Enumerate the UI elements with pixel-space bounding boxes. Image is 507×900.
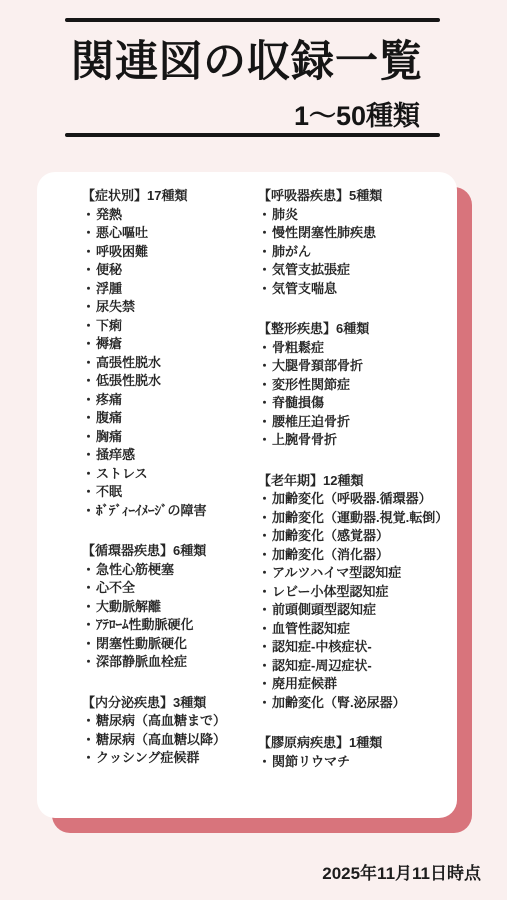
list-item: ・血管性認知症: [258, 620, 448, 639]
bullet-icon: ・: [258, 546, 271, 565]
list-item: ・加齢変化（呼吸器.循環器）: [258, 490, 448, 509]
list-item-label: 心不全: [96, 579, 135, 598]
bullet-icon: ・: [82, 354, 95, 373]
section-item-list: ・糖尿病（高血糖まで）・糖尿病（高血糖以降）・クッシング症候群: [82, 712, 258, 768]
bullet-icon: ・: [82, 635, 95, 654]
list-item: ・低張性脱水: [82, 372, 258, 391]
list-item: ・浮腫: [82, 280, 258, 299]
list-item: ・大腿骨頚部骨折: [258, 357, 448, 376]
list-item-label: 廃用症候群: [272, 675, 337, 694]
section-heading: 【循環器疾患】6種類: [82, 542, 258, 561]
bottom-divider-line: [65, 133, 440, 137]
list-item: ・発熱: [82, 206, 258, 225]
list-item: ・気管支喘息: [258, 280, 448, 299]
bullet-icon: ・: [258, 394, 271, 413]
list-item-label: 加齢変化（感覚器）: [272, 527, 389, 546]
section-heading: 【老年期】12種類: [258, 472, 448, 491]
list-item-label: 深部静脈血栓症: [96, 653, 187, 672]
list-item-label: 加齢変化（呼吸器.循環器）: [272, 490, 432, 509]
bullet-icon: ・: [82, 298, 95, 317]
bullet-icon: ・: [258, 280, 271, 299]
section-item-list: ・骨粗鬆症・大腿骨頚部骨折・変形性関節症・脊髄損傷・腰椎圧迫骨折・上腕骨骨折: [258, 339, 448, 450]
list-item: ・肺炎: [258, 206, 448, 225]
bullet-icon: ・: [82, 598, 95, 617]
list-item: ・加齢変化（運動器.視覚.転倒）: [258, 509, 448, 528]
list-item-label: 関節リウマチ: [272, 753, 350, 772]
bullet-icon: ・: [82, 465, 95, 484]
list-item-label: ﾎﾞﾃﾞｨｰｲﾒｰｼﾞの障害: [96, 502, 207, 521]
section-item-list: ・関節リウマチ: [258, 753, 448, 772]
as-of-date: 2025年11月11日時点: [322, 859, 481, 884]
list-item-label: 加齢変化（腎.泌尿器）: [272, 694, 406, 713]
bullet-icon: ・: [258, 638, 271, 657]
bullet-icon: ・: [82, 502, 95, 521]
list-item: ・心不全: [82, 579, 258, 598]
bullet-icon: ・: [82, 616, 95, 635]
list-item: ・糖尿病（高血糖まで）: [82, 712, 258, 731]
bullet-icon: ・: [258, 224, 271, 243]
list-item-label: 便秘: [96, 261, 122, 280]
title-block: 関連図の収録一覧 1〜50種類: [65, 0, 440, 140]
list-item: ・糖尿病（高血糖以降）: [82, 731, 258, 750]
list-item-label: 血管性認知症: [272, 620, 350, 639]
list-item-label: 腹痛: [96, 409, 122, 428]
list-item: ・認知症-周辺症状-: [258, 657, 448, 676]
section-item-list: ・肺炎・慢性閉塞性肺疾患・肺がん・気管支拡張症・気管支喘息: [258, 206, 448, 299]
section-heading: 【内分泌疾患】3種類: [82, 694, 258, 713]
bullet-icon: ・: [82, 280, 95, 299]
list-item-label: 高張性脱水: [96, 354, 161, 373]
list-item-label: 認知症-周辺症状-: [272, 657, 372, 676]
bullet-icon: ・: [82, 712, 95, 731]
column-left: 【症状別】17種類・発熱・悪心嘔吐・呼吸困難・便秘・浮腫・尿失禁・下痢・褥瘡・高…: [82, 187, 258, 818]
list-item-label: 加齢変化（消化器）: [272, 546, 389, 565]
bullet-icon: ・: [82, 653, 95, 672]
list-item: ・下痢: [82, 317, 258, 336]
section-heading: 【整形疾患】6種類: [258, 320, 448, 339]
list-item: ・前頭側頭型認知症: [258, 601, 448, 620]
list-item-label: 褥瘡: [96, 335, 122, 354]
section-item-list: ・発熱・悪心嘔吐・呼吸困難・便秘・浮腫・尿失禁・下痢・褥瘡・高張性脱水・低張性脱…: [82, 206, 258, 521]
list-item: ・不眠: [82, 483, 258, 502]
bullet-icon: ・: [258, 675, 271, 694]
bullet-icon: ・: [258, 694, 271, 713]
list-item: ・急性心筋梗塞: [82, 561, 258, 580]
bullet-icon: ・: [258, 431, 271, 450]
bullet-icon: ・: [82, 261, 95, 280]
bullet-icon: ・: [258, 357, 271, 376]
bullet-icon: ・: [82, 409, 95, 428]
category-section: 【整形疾患】6種類・骨粗鬆症・大腿骨頚部骨折・変形性関節症・脊髄損傷・腰椎圧迫骨…: [258, 320, 448, 450]
list-item-label: 下痢: [96, 317, 122, 336]
list-item: ・悪心嘔吐: [82, 224, 258, 243]
list-item: ・慢性閉塞性肺疾患: [258, 224, 448, 243]
list-item-label: 悪心嘔吐: [96, 224, 148, 243]
section-heading: 【呼吸器疾患】5種類: [258, 187, 448, 206]
bullet-icon: ・: [258, 243, 271, 262]
list-item: ・骨粗鬆症: [258, 339, 448, 358]
list-item-label: 変形性関節症: [272, 376, 350, 395]
category-section: 【膠原病疾患】1種類・関節リウマチ: [258, 734, 448, 771]
bullet-icon: ・: [82, 391, 95, 410]
list-item-label: ストレス: [96, 465, 148, 484]
list-item-label: 大腿骨頚部骨折: [272, 357, 363, 376]
column-right: 【呼吸器疾患】5種類・肺炎・慢性閉塞性肺疾患・肺がん・気管支拡張症・気管支喘息【…: [258, 187, 448, 818]
list-item-label: 尿失禁: [96, 298, 135, 317]
list-item: ・ﾎﾞﾃﾞｨｰｲﾒｰｼﾞの障害: [82, 502, 258, 521]
bullet-icon: ・: [258, 583, 271, 602]
bullet-icon: ・: [82, 372, 95, 391]
bullet-icon: ・: [82, 561, 95, 580]
bullet-icon: ・: [258, 413, 271, 432]
section-item-list: ・加齢変化（呼吸器.循環器）・加齢変化（運動器.視覚.転倒）・加齢変化（感覚器）…: [258, 490, 448, 712]
list-item: ・大動脈解離: [82, 598, 258, 617]
list-item-label: 前頭側頭型認知症: [272, 601, 376, 620]
bullet-icon: ・: [258, 527, 271, 546]
list-item: ・深部静脈血栓症: [82, 653, 258, 672]
list-item: ・便秘: [82, 261, 258, 280]
bullet-icon: ・: [258, 376, 271, 395]
bullet-icon: ・: [82, 579, 95, 598]
content-card: 【症状別】17種類・発熱・悪心嘔吐・呼吸困難・便秘・浮腫・尿失禁・下痢・褥瘡・高…: [37, 172, 457, 818]
bullet-icon: ・: [82, 317, 95, 336]
list-item: ・上腕骨骨折: [258, 431, 448, 450]
list-item: ・ｱﾃﾛｰﾑ性動脈硬化: [82, 616, 258, 635]
list-item: ・加齢変化（感覚器）: [258, 527, 448, 546]
list-item: ・クッシング症候群: [82, 749, 258, 768]
bullet-icon: ・: [258, 601, 271, 620]
list-item-label: 上腕骨骨折: [272, 431, 337, 450]
bullet-icon: ・: [82, 224, 95, 243]
section-heading: 【症状別】17種類: [82, 187, 258, 206]
bullet-icon: ・: [258, 206, 271, 225]
list-item-label: 認知症-中核症状-: [272, 638, 372, 657]
bullet-icon: ・: [82, 335, 95, 354]
list-item-label: 脊髄損傷: [272, 394, 324, 413]
list-item-label: 糖尿病（高血糖以降）: [96, 731, 226, 750]
bullet-icon: ・: [82, 206, 95, 225]
list-item: ・腹痛: [82, 409, 258, 428]
category-section: 【症状別】17種類・発熱・悪心嘔吐・呼吸困難・便秘・浮腫・尿失禁・下痢・褥瘡・高…: [82, 187, 258, 520]
bullet-icon: ・: [258, 339, 271, 358]
list-item: ・掻痒感: [82, 446, 258, 465]
list-item: ・レビー小体型認知症: [258, 583, 448, 602]
bullet-icon: ・: [258, 490, 271, 509]
list-item: ・加齢変化（腎.泌尿器）: [258, 694, 448, 713]
list-item-label: 骨粗鬆症: [272, 339, 324, 358]
list-item: ・呼吸困難: [82, 243, 258, 262]
list-item-label: 慢性閉塞性肺疾患: [272, 224, 376, 243]
bullet-icon: ・: [82, 731, 95, 750]
list-item-label: 不眠: [96, 483, 122, 502]
list-item-label: 掻痒感: [96, 446, 135, 465]
list-item-label: 発熱: [96, 206, 122, 225]
list-item-label: 閉塞性動脈硬化: [96, 635, 187, 654]
list-item-label: 低張性脱水: [96, 372, 161, 391]
list-item-label: 加齢変化（運動器.視覚.転倒）: [272, 509, 448, 528]
list-item-label: 糖尿病（高血糖まで）: [96, 712, 226, 731]
list-item-label: 呼吸困難: [96, 243, 148, 262]
top-divider-line: [65, 18, 440, 22]
bullet-icon: ・: [82, 243, 95, 262]
list-item-label: クッシング症候群: [96, 749, 199, 768]
bullet-icon: ・: [258, 657, 271, 676]
list-item: ・変形性関節症: [258, 376, 448, 395]
category-section: 【内分泌疾患】3種類・糖尿病（高血糖まで）・糖尿病（高血糖以降）・クッシング症候…: [82, 694, 258, 768]
bullet-icon: ・: [82, 428, 95, 447]
list-item-label: ｱﾃﾛｰﾑ性動脈硬化: [96, 616, 194, 635]
list-item-label: 肺炎: [272, 206, 298, 225]
bullet-icon: ・: [258, 509, 271, 528]
list-item: ・腰椎圧迫骨折: [258, 413, 448, 432]
list-item: ・肺がん: [258, 243, 448, 262]
list-item: ・廃用症候群: [258, 675, 448, 694]
section-item-list: ・急性心筋梗塞・心不全・大動脈解離・ｱﾃﾛｰﾑ性動脈硬化・閉塞性動脈硬化・深部静…: [82, 561, 258, 672]
list-item: ・加齢変化（消化器）: [258, 546, 448, 565]
page-title: 関連図の収録一覧: [71, 28, 423, 89]
list-item-label: 気管支喘息: [272, 280, 337, 299]
list-item: ・ストレス: [82, 465, 258, 484]
list-item: ・脊髄損傷: [258, 394, 448, 413]
category-section: 【呼吸器疾患】5種類・肺炎・慢性閉塞性肺疾患・肺がん・気管支拡張症・気管支喘息: [258, 187, 448, 298]
bullet-icon: ・: [258, 564, 271, 583]
list-item-label: 急性心筋梗塞: [96, 561, 174, 580]
list-item-label: 胸痛: [96, 428, 122, 447]
list-item: ・アルツハイマ型認知症: [258, 564, 448, 583]
list-item: ・気管支拡張症: [258, 261, 448, 280]
bullet-icon: ・: [258, 261, 271, 280]
list-item-label: 疼痛: [96, 391, 122, 410]
section-heading: 【膠原病疾患】1種類: [258, 734, 448, 753]
list-item: ・閉塞性動脈硬化: [82, 635, 258, 654]
list-item: ・尿失禁: [82, 298, 258, 317]
list-item-label: 浮腫: [96, 280, 122, 299]
bullet-icon: ・: [82, 446, 95, 465]
list-item-label: アルツハイマ型認知症: [272, 564, 401, 583]
bullet-icon: ・: [258, 753, 271, 772]
bullet-icon: ・: [82, 483, 95, 502]
list-item-label: レビー小体型認知症: [272, 583, 388, 602]
list-item: ・疼痛: [82, 391, 258, 410]
list-item-label: 大動脈解離: [96, 598, 161, 617]
list-item: ・認知症-中核症状-: [258, 638, 448, 657]
list-item: ・褥瘡: [82, 335, 258, 354]
list-item: ・高張性脱水: [82, 354, 258, 373]
bullet-icon: ・: [258, 620, 271, 639]
list-item: ・関節リウマチ: [258, 753, 448, 772]
bullet-icon: ・: [82, 749, 95, 768]
list-item-label: 肺がん: [272, 243, 311, 262]
category-section: 【老年期】12種類・加齢変化（呼吸器.循環器）・加齢変化（運動器.視覚.転倒）・…: [258, 472, 448, 713]
category-section: 【循環器疾患】6種類・急性心筋梗塞・心不全・大動脈解離・ｱﾃﾛｰﾑ性動脈硬化・閉…: [82, 542, 258, 672]
list-item: ・胸痛: [82, 428, 258, 447]
list-item-label: 気管支拡張症: [272, 261, 350, 280]
page-subtitle: 1〜50種類: [294, 94, 420, 133]
list-item-label: 腰椎圧迫骨折: [272, 413, 350, 432]
